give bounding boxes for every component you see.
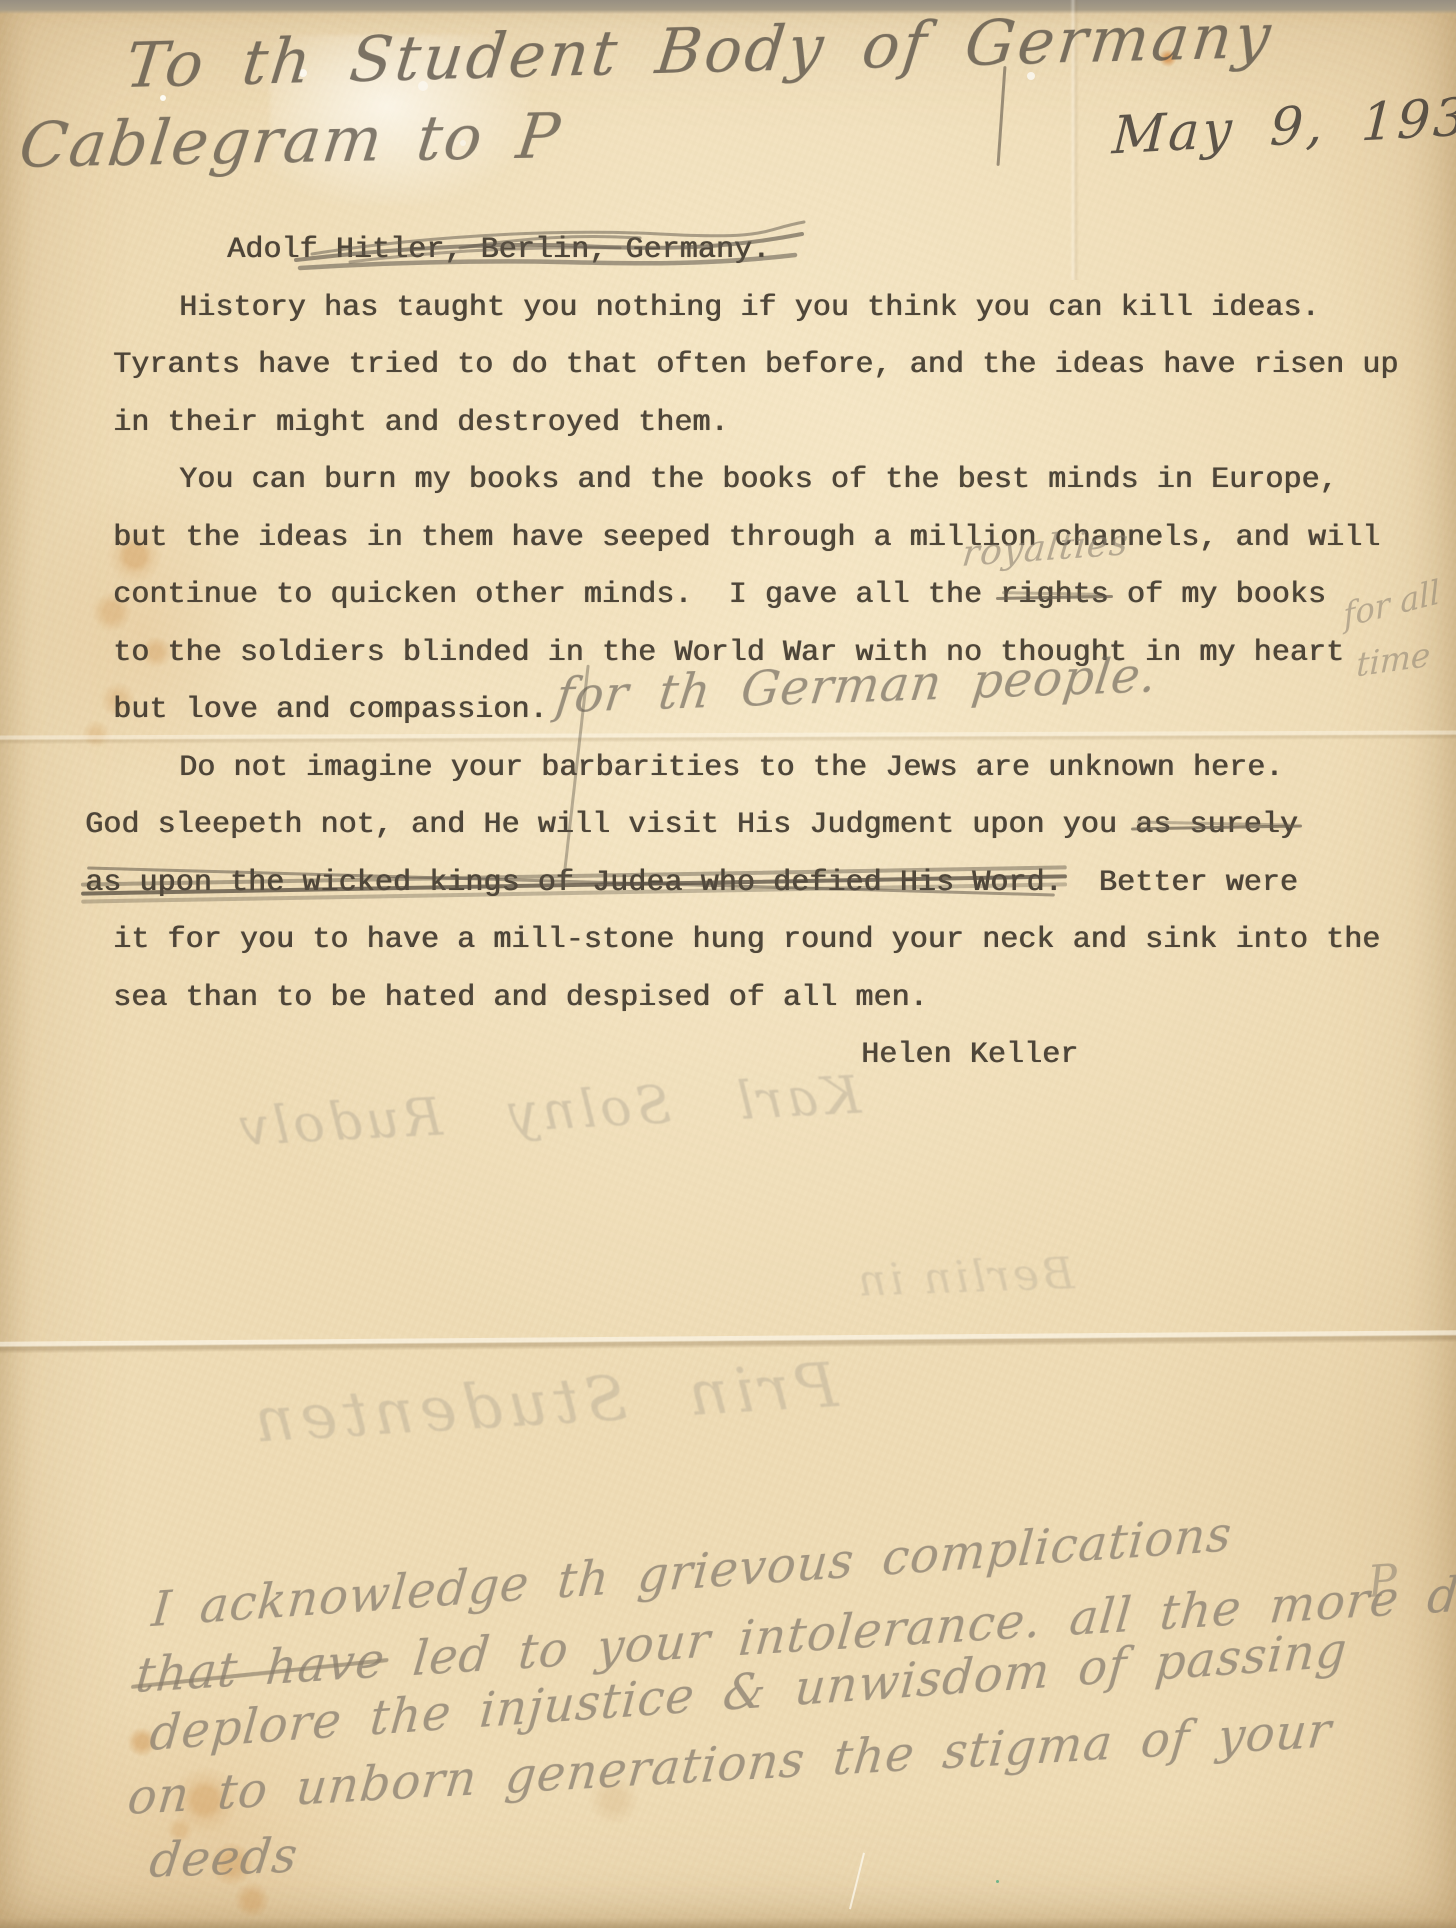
bleedthrough-handwriting: Berlin in [854, 1248, 1075, 1307]
letter-scan-page: To th Student Body of Germany Cablegram … [0, 0, 1456, 1928]
green-fleck [996, 1880, 999, 1883]
pencil-scribble [290, 212, 810, 282]
typed-line: History has taught you nothing if you th… [113, 280, 1456, 338]
annotation-date: May 9, 1933 [1111, 86, 1456, 167]
scratch-mark [849, 1853, 865, 1910]
typed-line: in their might and destroyed them. [113, 395, 1456, 453]
typed-line: Do not imagine your barbarities to the J… [113, 740, 1456, 798]
scan-edge-bottom [0, 1918, 1456, 1928]
typed-line: but the ideas in them have seeped throug… [113, 510, 1456, 568]
typed-line: sea than to be hated and despised of all… [113, 970, 1456, 1028]
stray-pencil-letter: P [1366, 1555, 1399, 1608]
typed-body: Adolf Hitler, Berlin, Germany.History ha… [113, 222, 1456, 1085]
fold-crease-lower [0, 1330, 1456, 1354]
bleedthrough-handwriting: Prin Studenten [246, 1348, 839, 1457]
typed-line: continue to quicken other minds. I gave … [113, 567, 1456, 625]
pencil-note-line: deeds [147, 1828, 302, 1889]
typed-line: it for you to have a mill-stone hung rou… [113, 912, 1456, 970]
stray-pencil-stroke [997, 66, 1007, 166]
typed-line: You can burn my books and the books of t… [113, 452, 1456, 510]
typed-line: Tyrants have tried to do that often befo… [113, 337, 1456, 395]
typed-line: as upon the wicked kings of Judea who de… [85, 855, 1456, 913]
annotation-cablegram: Cablegram to P [16, 99, 566, 182]
typed-line: God sleepeth not, and He will visit His … [85, 797, 1456, 855]
annotation-recipient: To th Student Body of Germany [122, 0, 1277, 102]
